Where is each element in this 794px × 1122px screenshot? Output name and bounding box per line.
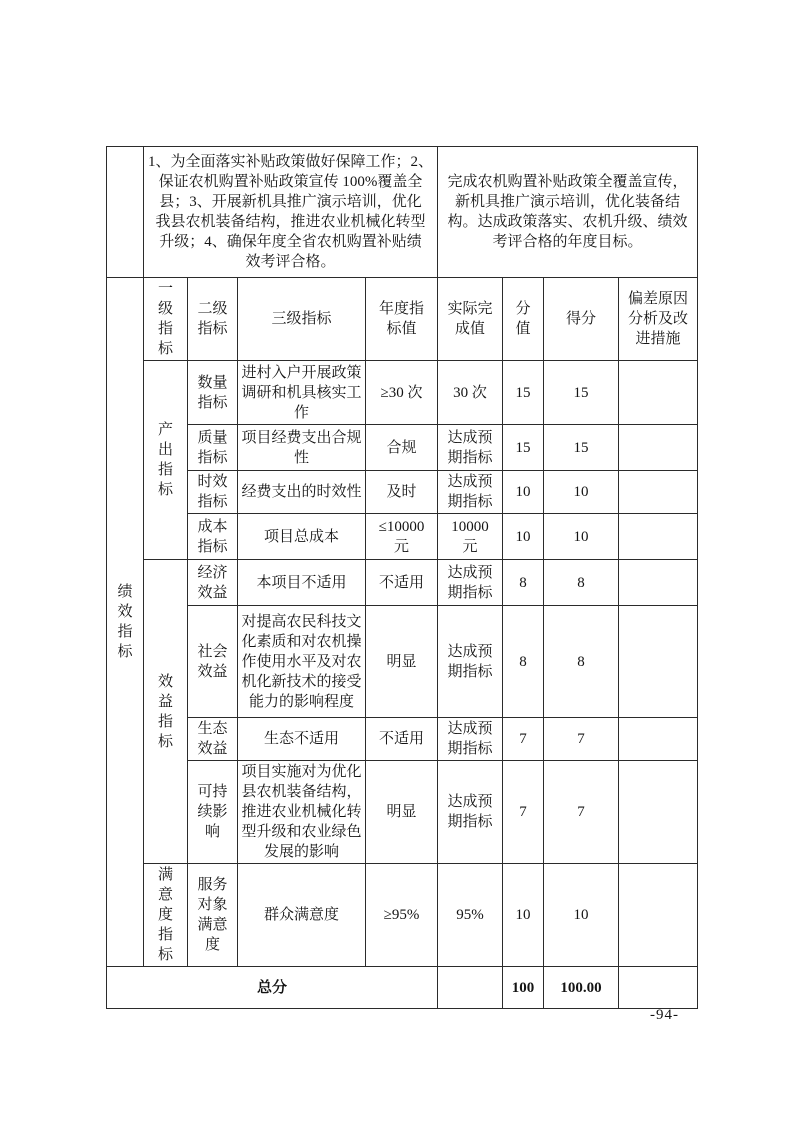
total-actual-cell: [438, 967, 503, 1009]
earned-cell: 8: [544, 606, 619, 718]
actual-cell: 达成预 期指标: [438, 718, 503, 761]
target-cell: 及时: [366, 471, 438, 514]
score-cell: 15: [503, 425, 544, 471]
level2-cell: 时效 指标: [188, 471, 238, 514]
deviation-cell: [619, 718, 698, 761]
actual-cell: 达成预 期指标: [438, 606, 503, 718]
page-number: -94-: [650, 1007, 679, 1024]
group-output-label: 产 出 指 标: [144, 361, 188, 560]
level2-cell: 成本 指标: [188, 514, 238, 560]
earned-cell: 15: [544, 425, 619, 471]
indicator-row: 满 意 度 指 标 服务 对象 满意 度 群众满意度 ≥95% 95% 10 1…: [107, 864, 698, 967]
target-cell: 明显: [366, 606, 438, 718]
earned-cell: 10: [544, 864, 619, 967]
indicator-row: 可持 续影 响 项目实施对为优化 县农机装备结构， 推进农业机械化转 型升级和农…: [107, 761, 698, 864]
level2-cell: 数量 指标: [188, 361, 238, 425]
target-cell: ≤10000 元: [366, 514, 438, 560]
target-cell: 不适用: [366, 560, 438, 606]
actual-cell: 达成预 期指标: [438, 471, 503, 514]
header-row: 绩 效 指 标 一 级 指 标 二级 指标 三级指标 年度指 标值 实际完 成值…: [107, 278, 698, 361]
actual-cell: 10000 元: [438, 514, 503, 560]
earned-cell: 8: [544, 560, 619, 606]
level3-cell: 项目经费支出合规 性: [238, 425, 366, 471]
actual-cell: 达成预 期指标: [438, 425, 503, 471]
total-deviation-cell: [619, 967, 698, 1009]
target-cell: 合规: [366, 425, 438, 471]
actual-cell: 达成预 期指标: [438, 761, 503, 864]
earned-cell: 10: [544, 514, 619, 560]
level3-cell: 经费支出的时效性: [238, 471, 366, 514]
indicator-row: 产 出 指 标 数量 指标 进村入户开展政策 调研和机具核实工 作 ≥30 次 …: [107, 361, 698, 425]
level3-cell: 对提高农民科技文 化素质和对农机操 作使用水平及对农 机化新技术的接受 能力的影…: [238, 606, 366, 718]
score-cell: 7: [503, 761, 544, 864]
total-row: 总分 100 100.00: [107, 967, 698, 1009]
earned-cell: 15: [544, 361, 619, 425]
score-cell: 10: [503, 471, 544, 514]
header-level1: 一 级 指 标: [144, 278, 188, 361]
total-label-cell: 总分: [107, 967, 438, 1009]
indicator-row: 生态 效益 生态不适用 不适用 达成预 期指标 7 7: [107, 718, 698, 761]
indicator-row: 时效 指标 经费支出的时效性 及时 达成预 期指标 10 10: [107, 471, 698, 514]
actual-cell: 95%: [438, 864, 503, 967]
side-label-performance: 绩 效 指 标: [107, 278, 144, 967]
level3-cell: 项目总成本: [238, 514, 366, 560]
indicator-row: 质量 指标 项目经费支出合规 性 合规 达成预 期指标 15 15: [107, 425, 698, 471]
level3-cell: 进村入户开展政策 调研和机具核实工 作: [238, 361, 366, 425]
level2-cell: 可持 续影 响: [188, 761, 238, 864]
earned-cell: 7: [544, 761, 619, 864]
header-level2: 二级 指标: [188, 278, 238, 361]
deviation-cell: [619, 471, 698, 514]
deviation-cell: [619, 425, 698, 471]
performance-table: 1、为全面落实补贴政策做好保障工作；2、 保证农机购置补贴政策宣传 100%覆盖…: [106, 146, 698, 1009]
deviation-cell: [619, 606, 698, 718]
header-actual: 实际完 成值: [438, 278, 503, 361]
header-score: 分 值: [503, 278, 544, 361]
level2-cell: 经济 效益: [188, 560, 238, 606]
indicator-row: 效 益 指 标 经济 效益 本项目不适用 不适用 达成预 期指标 8 8: [107, 560, 698, 606]
score-cell: 10: [503, 514, 544, 560]
annual-objectives-cell: 1、为全面落实补贴政策做好保障工作；2、 保证农机购置补贴政策宣传 100%覆盖…: [144, 147, 438, 278]
deviation-cell: [619, 361, 698, 425]
deviation-cell: [619, 761, 698, 864]
level2-cell: 社会 效益: [188, 606, 238, 718]
deviation-cell: [619, 864, 698, 967]
score-cell: 15: [503, 361, 544, 425]
document-page: 1、为全面落实补贴政策做好保障工作；2、 保证农机购置补贴政策宣传 100%覆盖…: [0, 0, 794, 1122]
level2-cell: 生态 效益: [188, 718, 238, 761]
group-benefit-label: 效 益 指 标: [144, 560, 188, 864]
header-level3: 三级指标: [238, 278, 366, 361]
earned-cell: 10: [544, 471, 619, 514]
deviation-cell: [619, 560, 698, 606]
score-cell: 7: [503, 718, 544, 761]
header-target: 年度指 标值: [366, 278, 438, 361]
actual-cell: 达成预 期指标: [438, 560, 503, 606]
actual-cell: 30 次: [438, 361, 503, 425]
earned-cell: 7: [544, 718, 619, 761]
completion-summary-cell: 完成农机购置补贴政策全覆盖宣传， 新机具推广演示培训，优化装备结 构。达成政策落…: [438, 147, 698, 278]
group-satisfaction-label: 满 意 度 指 标: [144, 864, 188, 967]
level3-cell: 生态不适用: [238, 718, 366, 761]
objectives-row: 1、为全面落实补贴政策做好保障工作；2、 保证农机购置补贴政策宣传 100%覆盖…: [107, 147, 698, 278]
spacer-cell: [107, 147, 144, 278]
target-cell: ≥30 次: [366, 361, 438, 425]
level3-cell: 项目实施对为优化 县农机装备结构， 推进农业机械化转 型升级和农业绿色 发展的影…: [238, 761, 366, 864]
deviation-cell: [619, 514, 698, 560]
total-score-cell: 100: [503, 967, 544, 1009]
target-cell: 不适用: [366, 718, 438, 761]
indicator-row: 成本 指标 项目总成本 ≤10000 元 10000 元 10 10: [107, 514, 698, 560]
level3-cell: 群众满意度: [238, 864, 366, 967]
level2-cell: 服务 对象 满意 度: [188, 864, 238, 967]
indicator-row: 社会 效益 对提高农民科技文 化素质和对农机操 作使用水平及对农 机化新技术的接…: [107, 606, 698, 718]
target-cell: ≥95%: [366, 864, 438, 967]
target-cell: 明显: [366, 761, 438, 864]
score-cell: 8: [503, 606, 544, 718]
score-cell: 8: [503, 560, 544, 606]
total-earned-cell: 100.00: [544, 967, 619, 1009]
header-earned: 得分: [544, 278, 619, 361]
level2-cell: 质量 指标: [188, 425, 238, 471]
header-deviation: 偏差原因 分析及改 进措施: [619, 278, 698, 361]
score-cell: 10: [503, 864, 544, 967]
level3-cell: 本项目不适用: [238, 560, 366, 606]
